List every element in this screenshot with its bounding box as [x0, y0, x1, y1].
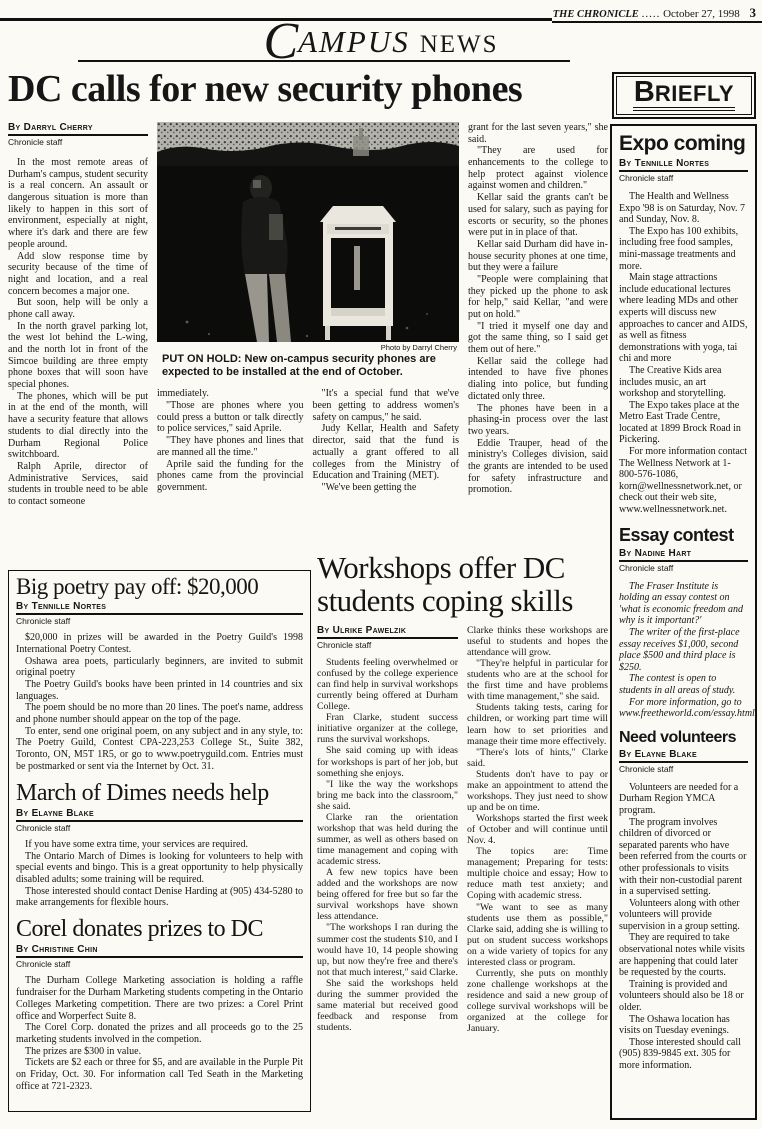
paragraph: The Creative Kids area includes music, a…	[619, 365, 748, 400]
paragraph: "The workshops I ran during the summer c…	[317, 922, 458, 977]
security-phone-photo	[157, 122, 459, 342]
workshops-col-right: Clarke thinks these workshops are useful…	[467, 625, 608, 1034]
paragraph: The Poetry Guild's books have been print…	[16, 679, 303, 702]
paragraph: "It's a special fund that we've been get…	[313, 388, 460, 423]
paragraph: The phones have been in a phasing-in pro…	[468, 403, 608, 438]
paragraph: In the most remote areas of Durham's cam…	[8, 157, 148, 251]
paragraph: The contest is open to students in all a…	[619, 673, 748, 696]
paragraph: "People were complaining that they picke…	[468, 274, 608, 321]
article-body: In the most remote areas of Durham's cam…	[8, 157, 148, 508]
paragraph: The prizes are $300 in value.	[16, 1046, 303, 1058]
corel-headline: Corel donates prizes to DC	[16, 916, 303, 942]
paragraph: Ralph Aprile, director of Administrative…	[8, 461, 148, 508]
paragraph: Oshawa area poets, particularly beginner…	[16, 656, 303, 679]
byline-org: Chronicle staff	[619, 173, 748, 183]
paragraph: For more information, go to www.freethew…	[619, 697, 748, 720]
paragraph: Tickets are $2 each or three for $5, and…	[16, 1057, 303, 1092]
paragraph: Those interested should call (905) 839-9…	[619, 1037, 748, 1072]
workshops-columns: By Ulrike Pawelzik Chronicle staff Stude…	[317, 625, 608, 1034]
main-headline: DC calls for new security phones	[8, 70, 608, 110]
paragraph: "They have phones and lines that are man…	[157, 435, 304, 458]
briefly-box: BRIEFLY	[612, 72, 756, 119]
paragraph: grant for the last seven years," she sai…	[468, 122, 608, 145]
byline: By Darryl Cherry	[8, 122, 148, 136]
paragraph: "I like the way the workshops bring me b…	[317, 779, 458, 812]
byline: By Tennille Nortes	[619, 158, 748, 172]
article-body: The Health and Wellness Expo '98 is on S…	[619, 191, 748, 516]
paragraph: The topics are: Time management; Prepari…	[467, 846, 608, 901]
banner-news: NEWS	[420, 31, 499, 58]
byline-org: Chronicle staff	[16, 823, 303, 833]
paragraph: The Ontario March of Dimes is looking fo…	[16, 851, 303, 886]
paragraph: Aprile said the funding for the phones c…	[157, 459, 304, 494]
byline: By Tennille Nortes	[16, 601, 303, 615]
article-body: If you have some extra time, your servic…	[16, 839, 303, 909]
main-article-col3: "It's a special fund that we've been get…	[313, 388, 460, 493]
paragraph: The Oshawa location has visits on Tuesda…	[619, 1014, 748, 1037]
paragraph: The writer of the first-place essay rece…	[619, 627, 748, 673]
banner-campus: AMPUS	[298, 24, 410, 59]
workshops-article: Workshops offer DC students coping skill…	[317, 551, 608, 1123]
paragraph: Clarke thinks these workshops are useful…	[467, 625, 608, 658]
paragraph: "We've been getting the	[313, 482, 460, 494]
paragraph: She said the workshops held during the s…	[317, 978, 458, 1033]
paragraph: A few new topics have been added and the…	[317, 867, 458, 922]
main-article-col2: immediately."Those are phones where you …	[157, 388, 304, 493]
byline: By Elayne Blake	[16, 808, 303, 822]
paragraph: Kellar said the college had intended to …	[468, 356, 608, 403]
byline-org: Chronicle staff	[619, 764, 748, 774]
main-article-middle: Photo by Darryl Cherry PUT ON HOLD: New …	[157, 122, 459, 564]
byline-org: Chronicle staff	[16, 959, 303, 969]
paragraph: The program involves children of divorce…	[619, 817, 748, 898]
paragraph: Students taking tests, caring for childr…	[467, 702, 608, 746]
briefly-label: RIEFLY	[655, 81, 734, 106]
paragraph: Eddie Trauper, head of the ministry's Co…	[468, 438, 608, 496]
paragraph: The Fraser Institute is holding an essay…	[619, 581, 748, 627]
paragraph: immediately.	[157, 388, 304, 400]
paragraph: She said coming up with ideas for worksh…	[317, 745, 458, 778]
paragraph: Workshops started the first week of Octo…	[467, 813, 608, 846]
paragraph: Fran Clarke, student success initiative …	[317, 712, 458, 745]
paragraph: The poem should be no more than 20 lines…	[16, 702, 303, 725]
brief-article-volunteers: Need volunteers By Elayne Blake Chronicl…	[619, 729, 748, 1072]
brief-headline: Expo coming	[619, 132, 748, 156]
paragraph: The Expo has 100 exhibits, including fre…	[619, 226, 748, 272]
main-article-col4: grant for the last seven years," she sai…	[468, 122, 608, 564]
banner-rule	[78, 60, 570, 62]
byline-org: Chronicle staff	[16, 616, 303, 626]
byline: By Elayne Blake	[619, 749, 748, 763]
dimes-headline: March of Dimes needs help	[16, 780, 303, 806]
paragraph: "Those are phones where you could press …	[157, 400, 304, 435]
paragraph: Currently, she puts on monthly zone chal…	[467, 968, 608, 1034]
paragraph: Add slow response time by security becau…	[8, 251, 148, 298]
paragraph: The Expo takes place at the Metro East T…	[619, 400, 748, 446]
byline: By Ulrike Pawelzik	[317, 625, 458, 639]
paragraph: In the north gravel parking lot, the wes…	[8, 321, 148, 391]
byline-org: Chronicle staff	[317, 640, 458, 650]
paragraph: "There's lots of hints," Clarke said.	[467, 747, 608, 769]
paragraph: Clarke ran the orientation workshop that…	[317, 812, 458, 867]
paragraph: The Health and Wellness Expo '98 is on S…	[619, 191, 748, 226]
brief-article-essay: Essay contest By Nadine Hart Chronicle s…	[619, 525, 748, 720]
photo-caption: PUT ON HOLD: New on-campus security phon…	[157, 353, 459, 379]
paragraph: Volunteers are needed for a Durham Regio…	[619, 782, 748, 817]
paragraph: "We want to see as many students use the…	[467, 902, 608, 968]
paragraph: Students feeling overwhelmed or confused…	[317, 657, 458, 712]
article-body: The Fraser Institute is holding an essay…	[619, 581, 748, 720]
photo-caption-lead: PUT ON HOLD:	[162, 353, 241, 365]
brief-article-expo: Expo coming By Tennille Nortes Chronicle…	[619, 132, 748, 516]
bottom-left-box: Big poetry pay off: $20,000 By Tennille …	[8, 570, 311, 1112]
paragraph: Judy Kellar, Health and Safety director,…	[313, 423, 460, 481]
article-body: $20,000 in prizes will be awarded in the…	[16, 632, 303, 772]
paragraph: "I tried it myself one day and got the s…	[468, 321, 608, 356]
brief-headline: Essay contest	[619, 525, 748, 546]
main-article-mid-columns: immediately."Those are phones where you …	[157, 388, 459, 493]
paragraph: "They are used for enhancements to the c…	[468, 145, 608, 192]
paragraph: $20,000 in prizes will be awarded in the…	[16, 632, 303, 655]
article-body: Students feeling overwhelmed or confused…	[317, 657, 458, 1033]
workshops-col-left: By Ulrike Pawelzik Chronicle staff Stude…	[317, 625, 458, 1034]
article-body: The Durham College Marketing association…	[16, 975, 303, 1092]
paragraph: For more information contact The Wellnes…	[619, 446, 748, 516]
paragraph: Volunteers along with other volunteers w…	[619, 898, 748, 933]
briefly-sidebar: Expo coming By Tennille Nortes Chronicle…	[610, 124, 757, 1120]
paragraph: The Durham College Marketing association…	[16, 975, 303, 1022]
main-article: By Darryl Cherry Chronicle staff In the …	[8, 122, 608, 564]
paragraph: Students don't have to pay or make an ap…	[467, 769, 608, 813]
paragraph: The Corel Corp. donated the prizes and a…	[16, 1022, 303, 1045]
poetry-headline: Big poetry pay off: $20,000	[16, 574, 303, 599]
workshops-headline: Workshops offer DC students coping skill…	[317, 551, 608, 618]
photo-credit: Photo by Darryl Cherry	[157, 343, 457, 352]
main-article-col1: By Darryl Cherry Chronicle staff In the …	[8, 122, 148, 564]
newspaper-page: THE CHRONICLE ..... October 27, 1998 3 C…	[0, 0, 762, 1129]
briefly-label-initial: B	[634, 76, 655, 108]
paragraph: Training is provided and volunteers shou…	[619, 979, 748, 1014]
paragraph: Kellar said the grants can't be used for…	[468, 192, 608, 239]
paragraph: Those interested should contact Denise H…	[16, 886, 303, 909]
paragraph: The phones, which will be put in at the …	[8, 391, 148, 461]
byline-org: Chronicle staff	[8, 137, 148, 147]
paragraph: Main stage attractions include education…	[619, 272, 748, 365]
byline-org: Chronicle staff	[619, 563, 748, 573]
paragraph: They are required to take observational …	[619, 932, 748, 978]
paragraph: But soon, help will be only a phone call…	[8, 297, 148, 320]
paragraph: "They're helpful in particular for stude…	[467, 658, 608, 702]
paragraph: To enter, send one original poem, on any…	[16, 726, 303, 773]
byline: By Christine Chin	[16, 944, 303, 958]
byline: By Nadine Hart	[619, 548, 748, 562]
paragraph: If you have some extra time, your servic…	[16, 839, 303, 851]
briefly-inner-frame: BRIEFLY	[616, 76, 752, 115]
paragraph: Kellar said Durham did have in-house sec…	[468, 239, 608, 274]
brief-headline: Need volunteers	[619, 729, 748, 747]
article-body: Volunteers are needed for a Durham Regio…	[619, 782, 748, 1072]
